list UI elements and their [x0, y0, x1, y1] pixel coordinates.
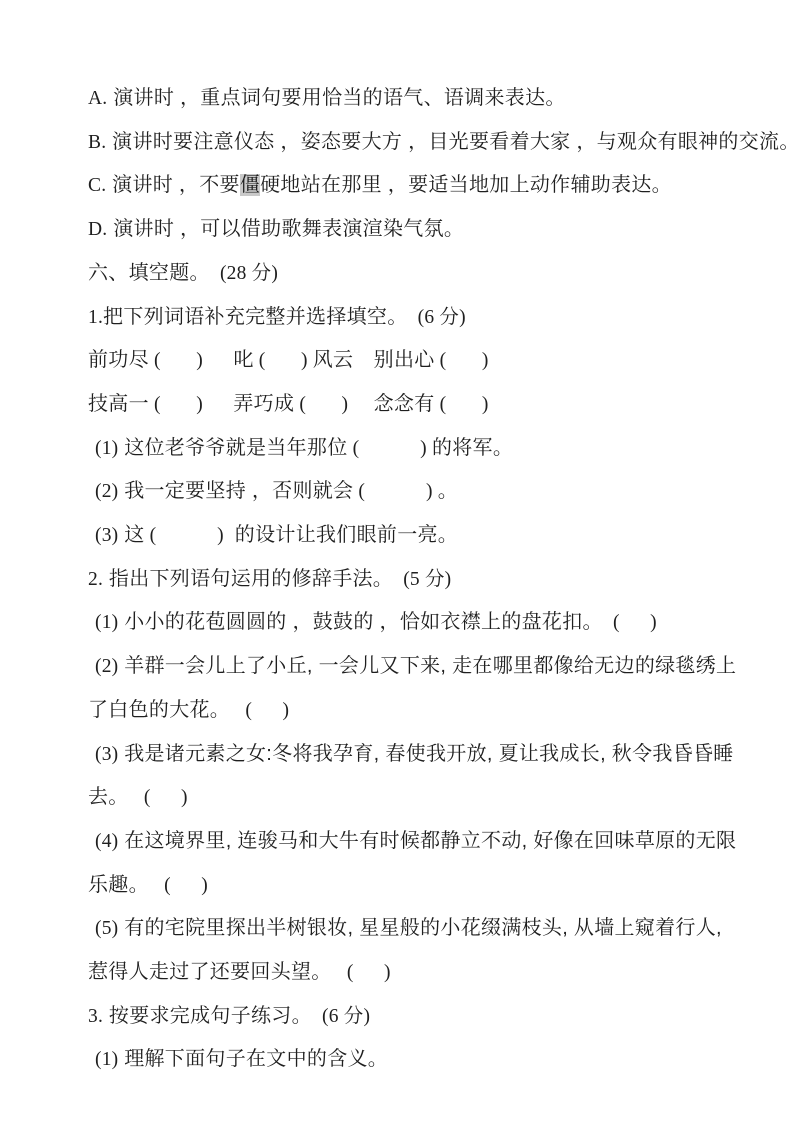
text-segment: 了白色的大花。 [88, 699, 230, 721]
text-segment: (3) [95, 525, 118, 546]
text-segment: ( ) [332, 962, 391, 983]
text-segment: (4) [95, 831, 118, 852]
text-segment: 演讲时 ，重点词句要用恰当的语气、语调来表达。 [107, 87, 565, 109]
text-segment: 乐趣。 [88, 874, 149, 896]
text-segment: ( ) [254, 350, 313, 371]
text-segment: (1) [95, 1049, 118, 1070]
text-segment: (2) [95, 481, 118, 502]
q2-item-5-line-2: 惹得人走过了还要回头望。 ( ) [88, 951, 737, 995]
q2-item-4-line-1: (4) 在这境界里, 连骏马和大牛有时候都静立不动, 好像在回味草原的无限 [95, 820, 737, 864]
q3-header: 3. 按要求完成句子练习。 (6 分) [88, 995, 737, 1039]
text-segment: (28 分) [210, 263, 278, 284]
text-segment: C. [88, 175, 106, 196]
q2-item-5-line-1: (5) 有的宅院里探出半树银妆, 星星般的小花缀满枝头, 从墙上窥着行人, [95, 907, 737, 951]
option-c: C. 演讲时 ，不要僵硬地站在那里 ，要适当地加上动作辅助表达。 [88, 164, 737, 208]
text-segment: ( ) [435, 350, 489, 371]
text-segment: (6 分) [312, 1006, 370, 1027]
text-segment: (3) [95, 744, 118, 765]
text-segment: ( ) [149, 350, 233, 371]
q2-item-3-line-2: 去。 ( ) [88, 776, 737, 820]
text-segment: 。 [438, 480, 458, 502]
text-segment [353, 350, 373, 371]
text-segment: ( ) [435, 394, 489, 415]
text-segment: 指出下列语句运用的修辞手法。 [103, 568, 393, 590]
text-segment: 有的宅院里探出半树银妆, 星星般的小花缀满枝头, 从墙上窥着行人, [118, 917, 722, 939]
exam-page: A. 演讲时 ，重点词句要用恰当的语气、语调来表达。B. 演讲时要注意仪态 ，姿… [0, 0, 793, 1122]
option-d: D. 演讲时 ，可以借助歌舞表演渲染气氛。 [88, 208, 737, 252]
option-a: A. 演讲时 ，重点词句要用恰当的语气、语调来表达。 [88, 77, 737, 121]
document-body: A. 演讲时 ，重点词句要用恰当的语气、语调来表达。B. 演讲时要注意仪态 ，姿… [0, 0, 793, 1082]
q1-idiom-row-2: 技高一 ( ) 弄巧成 ( ) 念念有 ( ) [88, 383, 737, 427]
text-segment: 我一定要坚持 ，否则就会 [118, 480, 353, 502]
text-segment: ( ) [603, 612, 657, 633]
text-segment: (6 分) [408, 307, 466, 328]
text-segment: B. [88, 132, 106, 153]
text-segment: (2) [95, 656, 118, 677]
text-segment: 我是诸元素之女:冬将我孕育, 春使我开放, 夏让我成长, 秋令我昏昏睡 [118, 743, 733, 765]
text-segment: 去。 [88, 786, 129, 808]
q2-item-1: (1) 小小的花苞圆圆的 ，鼓鼓的 ，恰如衣襟上的盘花扣。 ( ) [95, 601, 737, 645]
text-segment: 念念有 [374, 393, 435, 415]
text-segment: 的设计让我们眼前一亮。 [229, 524, 458, 546]
text-segment: 叱 [233, 349, 253, 371]
q2-header: 2. 指出下列语句运用的修辞手法。 (5 分) [88, 558, 737, 602]
text-segment: 羊群一会儿上了小丘, 一会儿又下来, 走在哪里都像给无边的绿毯绣上 [118, 655, 736, 677]
text-segment: 技高一 [88, 393, 149, 415]
q2-item-2-line-2: 了白色的大花。 ( ) [88, 689, 737, 733]
text-segment: ( ) [294, 394, 373, 415]
text-segment: 硬地站在那里 ，要适当地加上动作辅助表达。 [260, 174, 672, 196]
text-segment: 3. [88, 1006, 103, 1027]
text-segment: ( ) [230, 700, 289, 721]
text-segment: ( ) [149, 875, 208, 896]
q1-header: 1.把下列词语补充完整并选择填空。 (6 分) [88, 296, 737, 340]
text-segment: 这位老爷爷就是当年那位 [118, 437, 347, 459]
text-segment: 弄巧成 [233, 393, 294, 415]
q1-item-3: (3) 这 ( ) 的设计让我们眼前一亮。 [95, 514, 737, 558]
q2-item-3-line-1: (3) 我是诸元素之女:冬将我孕育, 春使我开放, 夏让我成长, 秋令我昏昏睡 [95, 733, 737, 777]
text-segment: 前功尽 [88, 349, 149, 371]
text-segment: 把下列词语补充完整并选择填空。 [103, 306, 408, 328]
text-segment: 理解下面句子在文中的含义。 [118, 1048, 388, 1070]
text-segment: 演讲时 ，不要 [106, 174, 240, 196]
q2-item-2-line-1: (2) 羊群一会儿上了小丘, 一会儿又下来, 走在哪里都像给无边的绿毯绣上 [95, 645, 737, 689]
text-segment: 别出心 [374, 349, 435, 371]
text-segment: 在这境界里, 连骏马和大牛有时候都静立不动, 好像在回味草原的无限 [118, 830, 736, 852]
text-segment: (1) [95, 438, 118, 459]
text-segment: 1. [88, 307, 103, 328]
text-segment: 这 [118, 524, 144, 546]
text-segment: ( ) [145, 525, 229, 546]
text-segment: 按要求完成句子练习。 [103, 1005, 312, 1027]
text-segment: ( ) [348, 438, 432, 459]
option-b: B. 演讲时要注意仪态 ，姿态要大方 ，目光要看着大家 ，与观众有眼神的交流。 [88, 121, 737, 165]
section-six-header: 六、填空题。 (28 分) [88, 252, 737, 296]
text-segment: ( ) [129, 787, 188, 808]
q3-item-1: (1) 理解下面句子在文中的含义。 [95, 1038, 737, 1082]
text-segment: 风云 [313, 349, 354, 371]
text-segment: 的将军。 [432, 437, 513, 459]
text-segment: 2. [88, 569, 103, 590]
q1-idiom-row-1: 前功尽 ( ) 叱 ( ) 风云 别出心 ( ) [88, 339, 737, 383]
text-segment: 演讲时要注意仪态 ，姿态要大方 ，目光要看着大家 ，与观众有眼神的交流。 [106, 131, 793, 153]
text-segment: 小小的花苞圆圆的 ，鼓鼓的 ，恰如衣襟上的盘花扣。 [118, 611, 602, 633]
q1-item-1: (1) 这位老爷爷就是当年那位 ( ) 的将军。 [95, 427, 737, 471]
highlighted-char: 僵 [240, 174, 260, 196]
text-segment: A. [88, 88, 107, 109]
text-segment: D. [88, 219, 107, 240]
text-segment: (5 分) [393, 569, 451, 590]
text-segment: 惹得人走过了还要回头望。 [88, 961, 332, 983]
text-segment: ( ) [353, 481, 437, 502]
q2-item-4-line-2: 乐趣。 ( ) [88, 864, 737, 908]
text-segment: (1) [95, 612, 118, 633]
text-segment: 演讲时 ，可以借助歌舞表演渲染气氛。 [107, 218, 464, 240]
text-segment: (5) [95, 918, 118, 939]
q1-item-2: (2) 我一定要坚持 ，否则就会 ( ) 。 [95, 470, 737, 514]
text-segment: 六、填空题。 [88, 262, 210, 284]
text-segment: ( ) [149, 394, 233, 415]
